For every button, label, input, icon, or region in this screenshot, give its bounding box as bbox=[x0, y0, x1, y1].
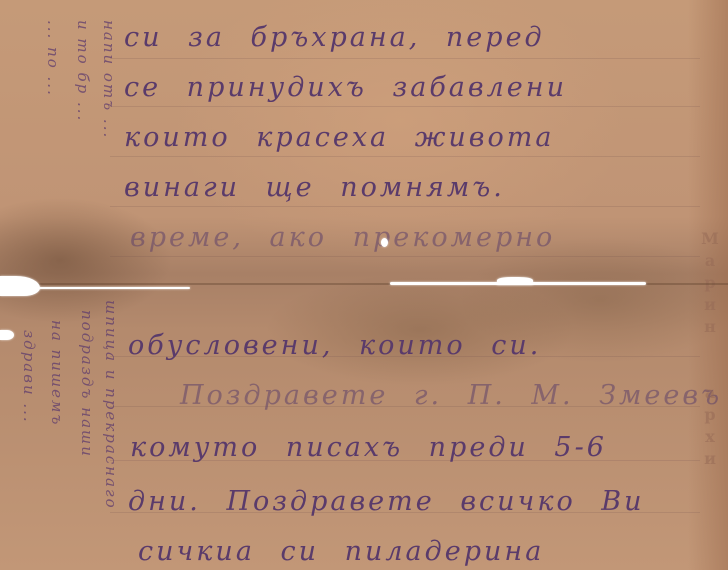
letter-line-1: си за бръхрана, перед bbox=[124, 22, 545, 53]
margin-note-5: подраздъ наши bbox=[78, 310, 96, 458]
margin-note-1: напи отъ ... bbox=[100, 20, 118, 139]
letter-line-5: време, ако прекомерно bbox=[130, 222, 555, 253]
paper-tear bbox=[0, 276, 40, 296]
archive-stamp: М а р и н а р х и bbox=[698, 228, 722, 470]
margin-note-4: шпица и прекраснаго bbox=[102, 300, 120, 510]
margin-note-6: на пишемъ bbox=[48, 320, 66, 426]
paper-tear bbox=[497, 277, 533, 285]
stamp-letter: х bbox=[698, 426, 722, 448]
stamp-letter: а bbox=[698, 250, 722, 272]
margin-note-7: здрави ... bbox=[20, 330, 38, 424]
paper-tear bbox=[30, 287, 190, 289]
letter-line-10: сичкиа си пиладерина bbox=[138, 536, 544, 567]
letter-line-4: винаги ще помнямъ. bbox=[124, 172, 505, 203]
stamp-letter: р bbox=[698, 404, 722, 426]
letter-line-8: комуто писахъ преди 5-6 bbox=[130, 432, 607, 463]
ruled-line bbox=[110, 156, 700, 157]
stamp-gap bbox=[698, 338, 722, 360]
letter-line-6: обусловени, които си. bbox=[128, 330, 541, 361]
ruled-line bbox=[110, 58, 700, 59]
paper-tear bbox=[0, 330, 14, 340]
margin-note-2: и то бр ... bbox=[74, 20, 92, 122]
letter-page: си за бръхрана, перед се принудихъ забав… bbox=[0, 0, 728, 570]
margin-note-3: ... по ... bbox=[44, 20, 62, 97]
ruled-line bbox=[110, 106, 700, 107]
letter-line-2: се принудихъ забавлени bbox=[124, 72, 567, 103]
letter-line-3: които красеха живота bbox=[124, 122, 554, 153]
letter-line-7: Поздравете г. П. М. Змеевъ bbox=[180, 380, 722, 411]
stamp-letter: М bbox=[698, 228, 722, 250]
letter-line-9: дни. Поздравете всичко Ви bbox=[128, 486, 645, 517]
stamp-letter: а bbox=[698, 382, 722, 404]
paper-hole bbox=[381, 238, 388, 247]
stamp-gap bbox=[698, 360, 722, 382]
stamp-letter: и bbox=[698, 448, 722, 470]
stamp-letter: н bbox=[698, 316, 722, 338]
stamp-letter: и bbox=[698, 294, 722, 316]
ruled-line bbox=[110, 256, 700, 257]
ruled-line bbox=[110, 206, 700, 207]
